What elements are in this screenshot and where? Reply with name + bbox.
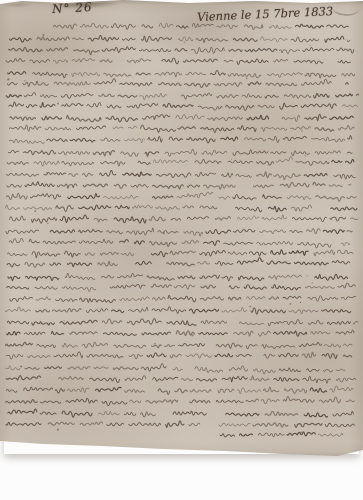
scanned-letter-page: N° 26 Vienne le 15 7bre 1833 [0, 0, 363, 500]
letter-paper: N° 26 Vienne le 15 7bre 1833 [0, 0, 363, 458]
letter-number: N° 26 [52, 0, 93, 16]
handwriting-svg [0, 0, 363, 458]
pencil-smudge-top-left [2, 2, 32, 8]
